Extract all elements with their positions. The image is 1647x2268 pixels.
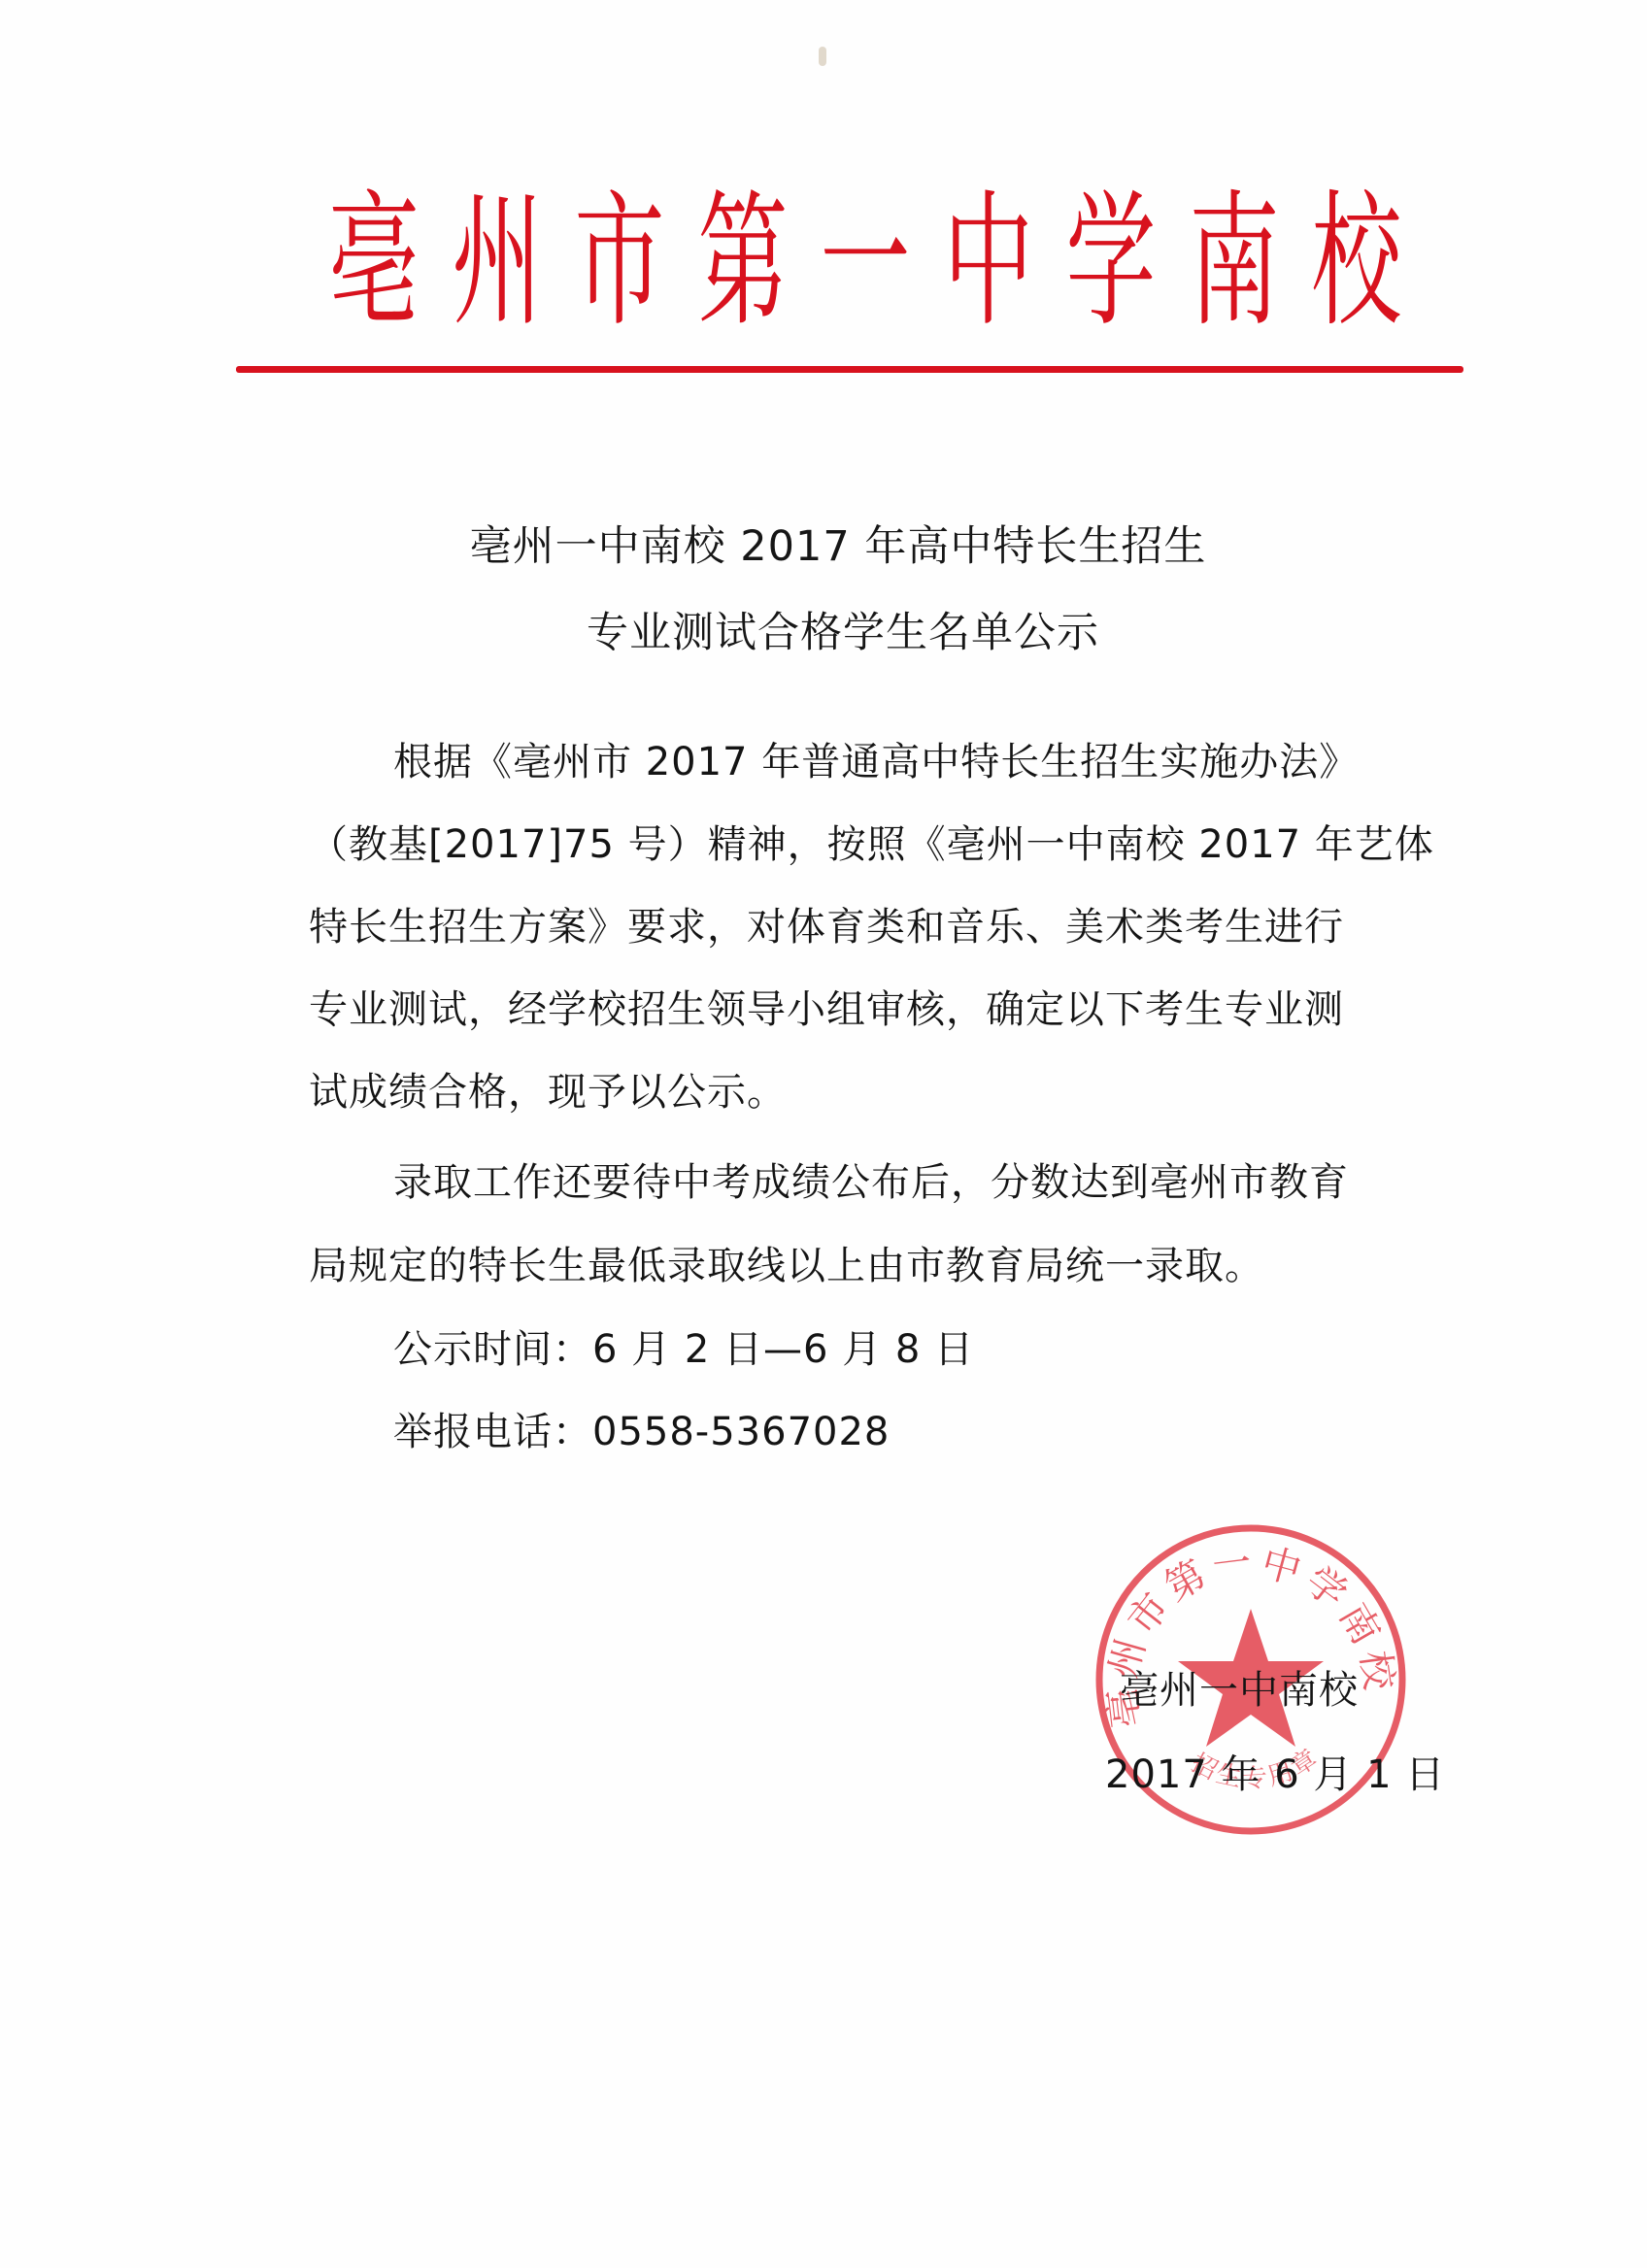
paragraph-1-line-4: 专业测试，经学校招生领导小组审核，确定以下考生专业测 [309, 983, 1344, 1037]
letterhead-char: 市 [574, 184, 645, 340]
paragraph-1-line-3: 特长生招生方案》要求，对体育类和音乐、美术类考生进行 [309, 900, 1344, 954]
scan-speck [819, 47, 826, 66]
report-phone: 举报电话：0558-5367028 [393, 1405, 890, 1459]
publicity-period: 公示时间：6 月 2 日—6 月 8 日 [393, 1322, 974, 1377]
issuer-name: 亳州一中南校 [1120, 1663, 1359, 1718]
paragraph-1-line-5: 试成绩合格，现予以公示。 [309, 1065, 787, 1119]
paragraph-1-line-1: 根据《亳州市 2017 年普通高中特长生招生实施办法》 [393, 735, 1359, 789]
document-page: 亳 州 市 第 一 中 学 南 校 亳州一中南校 2017 年高中特长生招生 专… [0, 0, 1647, 2268]
letterhead-divider [236, 366, 1463, 373]
letterhead-char: 一 [820, 184, 891, 340]
paragraph-2-line-2: 局规定的特长生最低录取线以上由市教育局统一录取。 [309, 1239, 1264, 1293]
letterhead-char: 学 [1065, 184, 1136, 340]
notice-title-line-2: 专业测试合格学生名单公示 [0, 604, 1647, 662]
issue-date: 2017 年 6 月 1 日 [1105, 1748, 1445, 1802]
notice-title-line-1: 亳州一中南校 2017 年高中特长生招生 [0, 517, 1647, 576]
paragraph-2-line-1: 录取工作还要待中考成绩公布后，分数达到亳州市教育 [393, 1155, 1349, 1210]
letterhead-char: 中 [943, 184, 1014, 340]
letterhead-char: 第 [697, 184, 768, 340]
letterhead-char: 亳 [328, 184, 399, 340]
letterhead-char: 南 [1189, 184, 1260, 340]
paragraph-1-line-2: （教基[2017]75 号）精神，按照《亳州一中南校 2017 年艺体 [309, 817, 1434, 872]
letterhead-char: 州 [452, 184, 522, 340]
letterhead-char: 校 [1311, 184, 1382, 340]
letterhead-title: 亳 州 市 第 一 中 学 南 校 [307, 184, 1404, 340]
